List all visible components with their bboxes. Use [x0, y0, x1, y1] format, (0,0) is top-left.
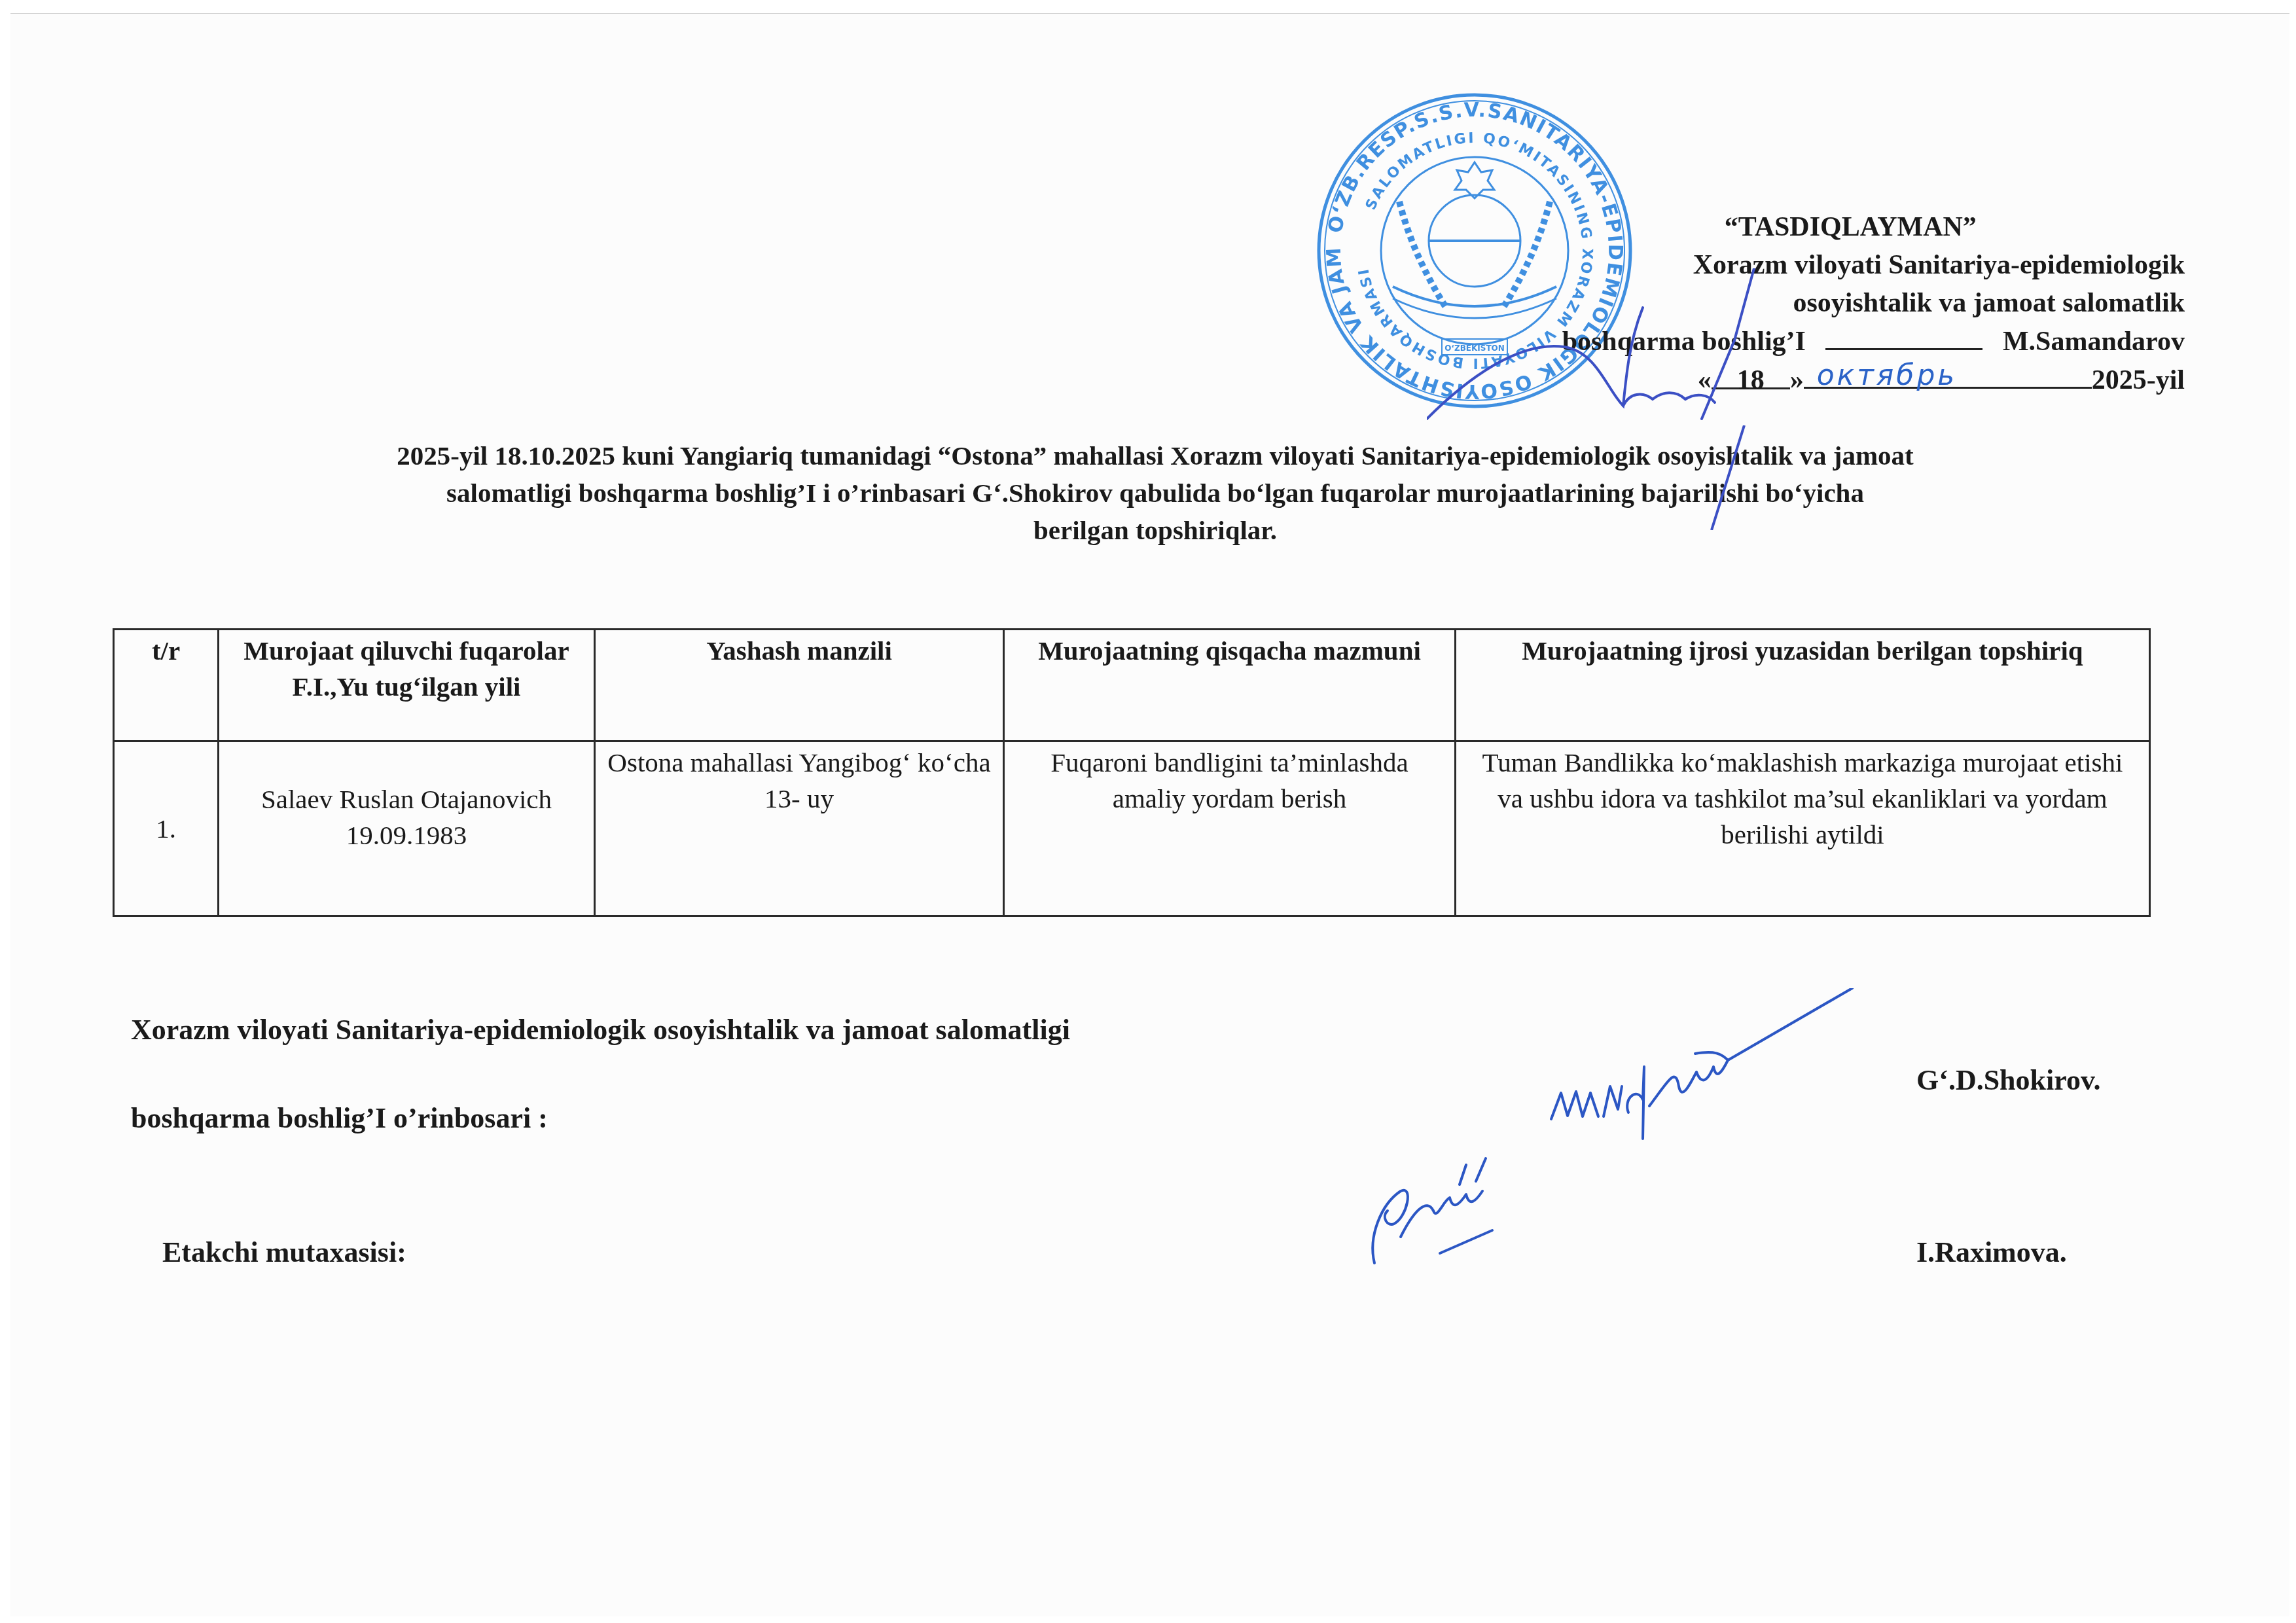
- header-number: t/r: [114, 630, 219, 741]
- header-summary: Murojaatning qisqacha mazmuni: [1004, 630, 1456, 741]
- approval-org-line-2: osoyishtalik va jamoat salomatlik: [1562, 284, 2185, 322]
- cell-task: Tuman Bandlikka ko‘maklashish markaziga …: [1456, 741, 2150, 916]
- header-applicant: Murojaat qiluvchi fuqarolar F.I.,Yu tug‘…: [219, 630, 595, 741]
- approval-org-line-1: Xorazm viloyati Sanitariya-epidemiologik: [1562, 246, 2185, 284]
- table-row: 1. Salaev Ruslan Otajanovich 19.09.1983 …: [114, 741, 2150, 916]
- date-quote-close: »: [1790, 365, 1804, 395]
- cell-summary: Fuqaroni bandligini ta’minlashda amaliy …: [1004, 741, 1456, 916]
- date-year: 2025-yil: [2092, 365, 2185, 395]
- heading-line-1: 2025-yil 18.10.2025 kuni Yangiariq tuman…: [196, 437, 2114, 474]
- cell-applicant: Salaev Ruslan Otajanovich 19.09.1983: [219, 741, 595, 916]
- header-task: Murojaatning ijrosi yuzasidan berilgan t…: [1456, 630, 2150, 741]
- cell-address: Ostona mahallasi Yangibog‘ ko‘cha 13- uy: [595, 741, 1004, 916]
- approval-block: “TASDIQLAYMAN” Xorazm viloyati Sanitariy…: [1562, 208, 2185, 399]
- date-quote-open: «: [1698, 365, 1712, 395]
- svg-text:SALOMATLIGI QO‘MITASINING XORA: SALOMATLIGI QO‘MITASINING XORAZM VILOYAT…: [1355, 130, 1595, 371]
- signature-org-line: Xorazm viloyati Sanitariya-epidemiologik…: [131, 1013, 1070, 1046]
- approval-signer-name: M.Samandarov: [2003, 327, 2185, 357]
- table-header-row: t/r Murojaat qiluvchi fuqarolar F.I.,Yu …: [114, 630, 2150, 741]
- signature-line: [1825, 322, 1982, 350]
- date-day: 18: [1712, 361, 1790, 389]
- deputy-name: G‘.D.Shokirov.: [1916, 1063, 2101, 1097]
- header-address: Yashash manzili: [595, 630, 1004, 741]
- heading-line-3: berilgan topshiriqlar.: [196, 512, 2114, 549]
- approval-signer-line: boshqarma boshlig’I M.Samandarov: [1562, 322, 2185, 361]
- approval-role: boshqarma boshlig’I: [1562, 327, 1806, 357]
- svg-text:O‘ZBEKISTON: O‘ZBEKISTON: [1444, 344, 1505, 353]
- date-month: октябрь: [1804, 361, 2092, 389]
- cell-number: 1.: [114, 741, 219, 916]
- approval-date-line: «18»октябрь2025-yil: [1562, 361, 2185, 399]
- signature-role-line: boshqarma boshlig’I o’rinbosari :: [131, 1101, 548, 1135]
- handwritten-month: октябрь: [1817, 357, 1958, 395]
- specialist-label: Etakchi mutaxasisi:: [162, 1236, 406, 1269]
- heading-line-2: salomatligi boshqarma boshlig’I i o’rinb…: [196, 474, 2114, 512]
- document-heading: 2025-yil 18.10.2025 kuni Yangiariq tuman…: [196, 437, 2114, 549]
- appeals-table: t/r Murojaat qiluvchi fuqarolar F.I.,Yu …: [113, 628, 2151, 917]
- specialist-name: I.Raximova.: [1916, 1236, 2067, 1269]
- approval-title: “TASDIQLAYMAN”: [1562, 208, 2185, 246]
